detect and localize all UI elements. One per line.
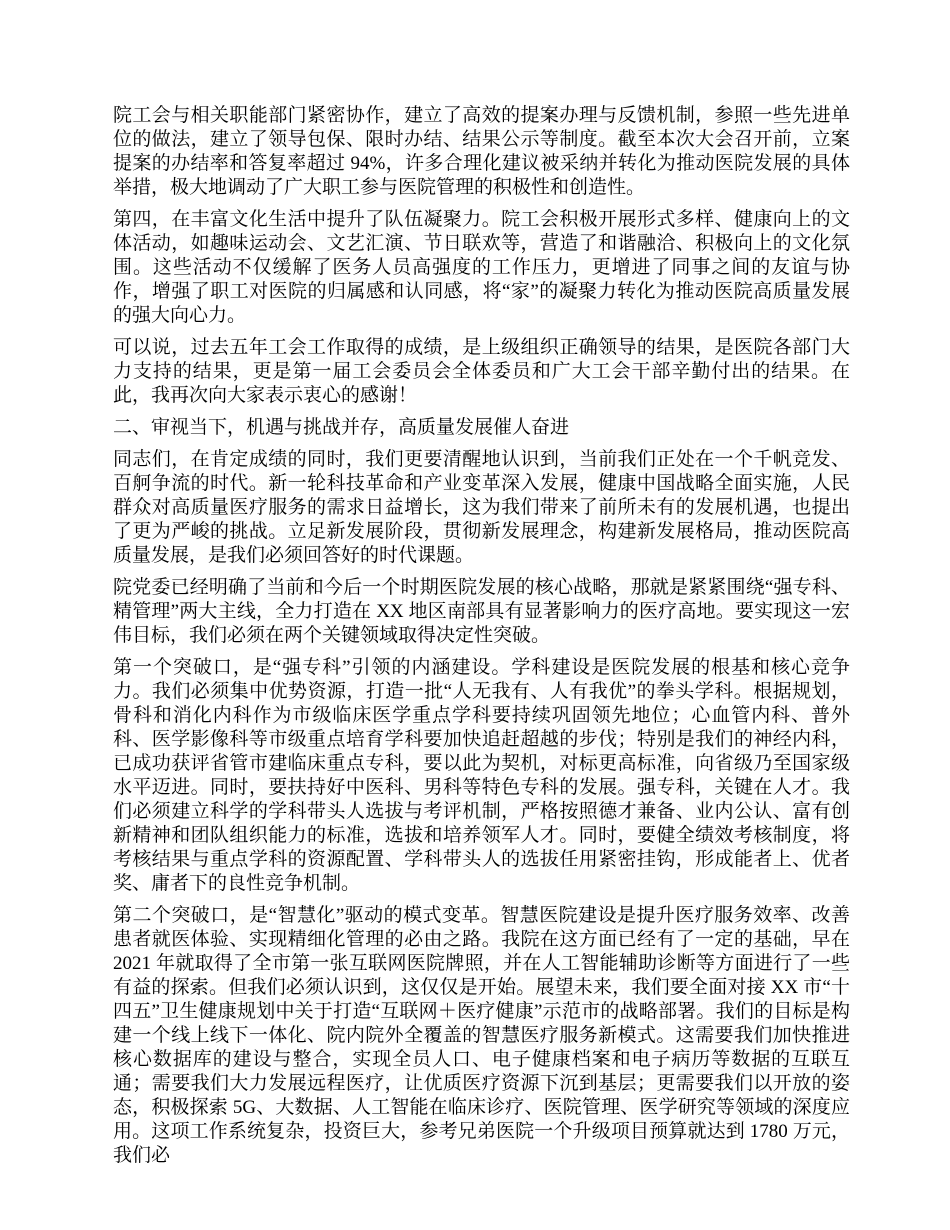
- section-heading-part-two: 二、审视当下，机遇与挑战并存，高质量发展催人奋进: [113, 416, 850, 440]
- document-page: 院工会与相关职能部门紧密协作，建立了高效的提案办理与反馈机制，参照一些先进单位的…: [0, 0, 950, 1230]
- paragraph-proposal-mechanism: 院工会与相关职能部门紧密协作，建立了高效的提案办理与反馈机制，参照一些先进单位的…: [113, 104, 850, 200]
- paragraph-breakthrough-specialty: 第一个突破口，是“强专科”引领的内涵建设。学科建设是医院发展的根基和核心竞争力。…: [113, 656, 850, 896]
- paragraph-core-strategy: 院党委已经明确了当前和今后一个时期医院发展的核心战略，那就是紧紧围绕“强专科、精…: [113, 576, 850, 648]
- paragraph-breakthrough-smart-hospital: 第二个突破口，是“智慧化”驱动的模式变革。智慧医院建设是提升医疗服务效率、改善患…: [113, 904, 850, 1168]
- paragraph-thanks: 可以说，过去五年工会工作取得的成绩，是上级组织正确领导的结果，是医院各部门大力支…: [113, 336, 850, 408]
- paragraph-era-challenges: 同志们，在肯定成绩的同时，我们更要清醒地认识到，当前我们正处在一个千帆竞发、百舸…: [113, 448, 850, 568]
- paragraph-cultural-life: 第四，在丰富文化生活中提升了队伍凝聚力。院工会积极开展形式多样、健康向上的文体活…: [113, 208, 850, 328]
